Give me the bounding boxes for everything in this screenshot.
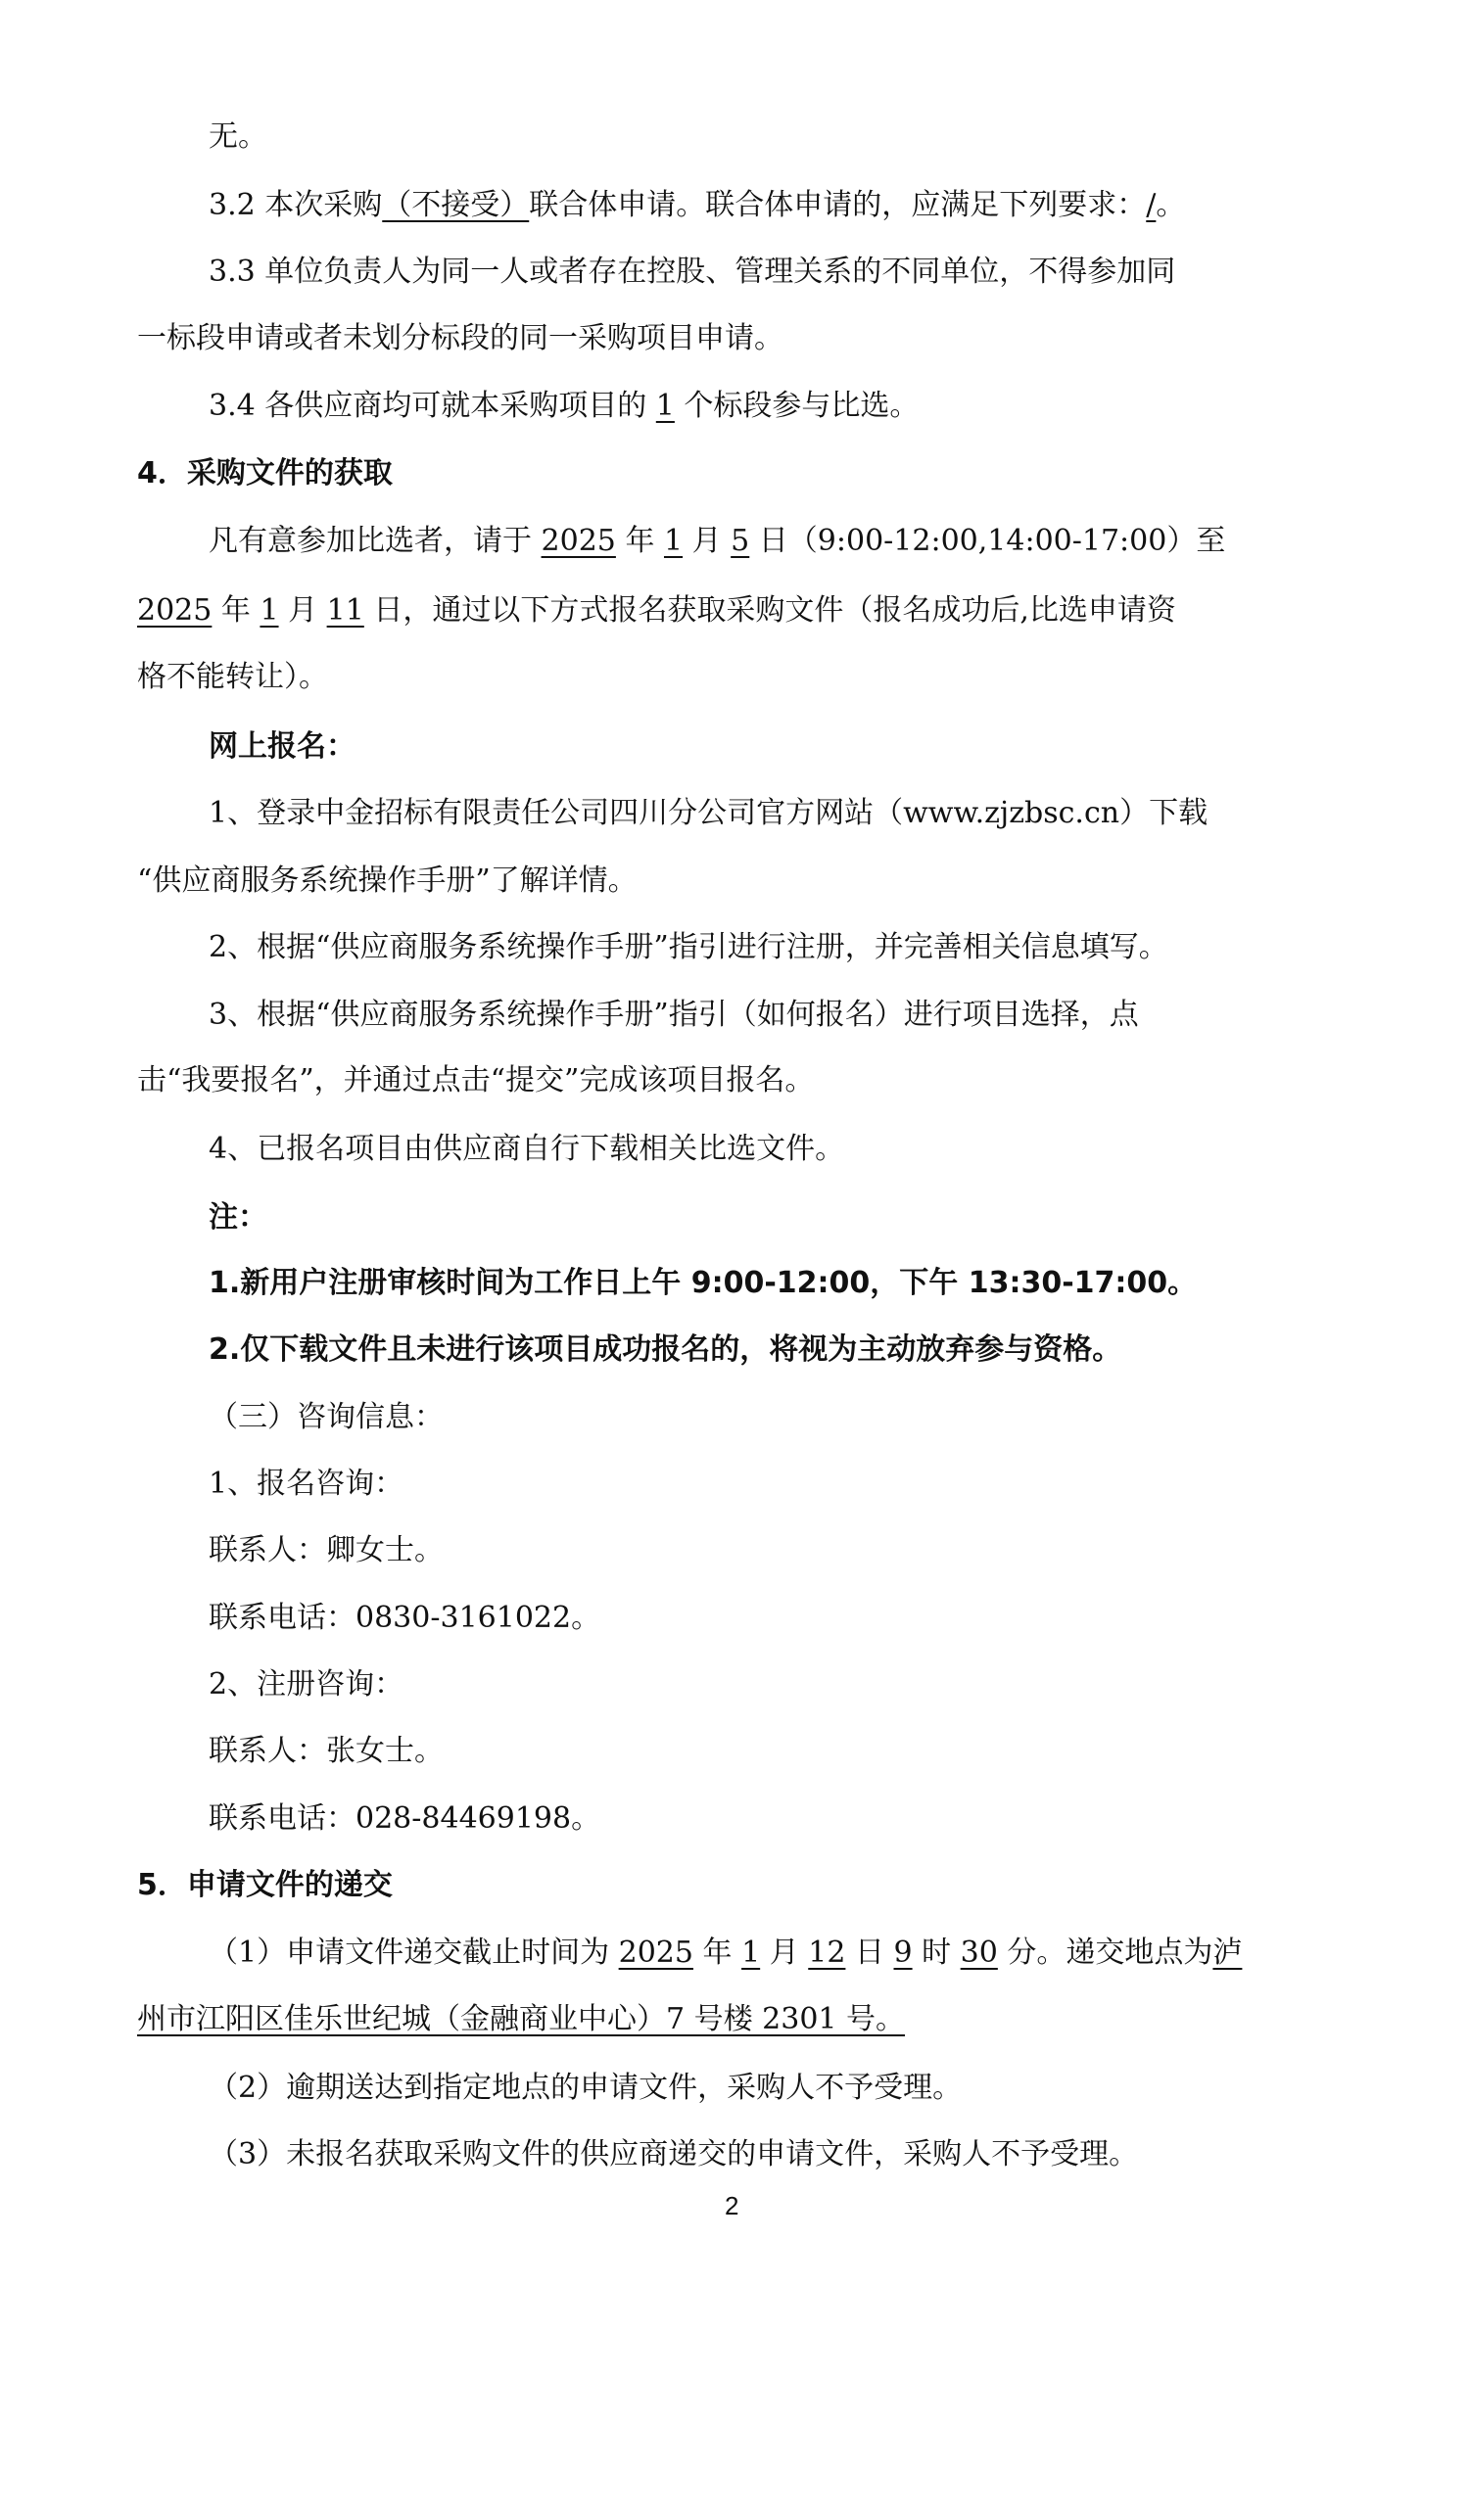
- text-line: 州市江阳区佳乐世纪城（金融商业中心）7 号楼 2301 号。: [137, 2000, 905, 2039]
- text-line: 联系电话：0830-3161022。: [209, 1599, 600, 1638]
- text-run: 1、报名咨询：: [209, 1467, 403, 1501]
- text-run: 年: [693, 1936, 741, 1970]
- text-run: 日（9:00-12:00,14:00-17:00）至: [749, 524, 1225, 558]
- underlined-field: （不接受）: [382, 188, 529, 222]
- text-run: 联系人：张女士。: [209, 1734, 444, 1768]
- text-line: 一标段申请或者未划分标段的同一采购项目申请。: [137, 319, 783, 358]
- underlined-field: 2025: [619, 1936, 693, 1970]
- underlined-field: 1: [260, 593, 278, 628]
- page-number: 2: [725, 2191, 738, 2221]
- text-run: （三）咨询信息：: [209, 1400, 444, 1434]
- text-run: 格不能转让）。: [137, 660, 328, 694]
- text-run: 无。: [209, 119, 267, 154]
- text-line: 3、根据“供应商服务系统操作手册”指引（如何报名）进行项目选择，点: [209, 996, 1139, 1035]
- heading-line: 网上报名：: [209, 727, 355, 767]
- text-line: 3.2 本次采购（不接受）联合体申请。联合体申请的，应满足下列要求：/。: [209, 186, 1185, 225]
- text-run: 4、已报名项目由供应商自行下载相关比选文件。: [209, 1132, 844, 1166]
- text-line: 3.3 单位负责人为同一人或者存在控股、管理关系的不同单位，不得参加同: [209, 253, 1175, 292]
- text-line: 无。: [209, 117, 267, 157]
- text-run: 1、登录中金招标有限责任公司四川分公司官方网站（www.zjzbsc.cn）下载: [209, 796, 1208, 830]
- text-run: （2）逾期送达到指定地点的申请文件，采购人不予受理。: [209, 2071, 962, 2105]
- text-run: 击“我要报名”，并通过点击“提交”完成该项目报名。: [137, 1063, 814, 1097]
- text-line: （3）未报名获取采购文件的供应商递交的申请文件，采购人不予受理。: [209, 2135, 1138, 2174]
- underlined-field: 12: [808, 1936, 845, 1970]
- text-run: 月: [279, 593, 327, 628]
- underlined-field: 30: [961, 1936, 998, 1970]
- underlined-field: 1: [664, 524, 683, 558]
- heading-line: 1.新用户注册审核时间为工作日上午 9:00-12:00，下午 13:30-17…: [209, 1264, 1197, 1303]
- underlined-field: 1: [656, 389, 675, 423]
- text-run: “供应商服务系统操作手册”了解详情。: [137, 863, 638, 898]
- text-run: 分。递交地点为: [998, 1936, 1213, 1970]
- underlined-field: 11: [327, 593, 364, 628]
- text-run: 3.3 单位负责人为同一人或者存在控股、管理关系的不同单位，不得参加同: [209, 255, 1175, 289]
- text-run: 2、根据“供应商服务系统操作手册”指引进行注册，并完善相关信息填写。: [209, 930, 1168, 964]
- text-line: 联系人：张女士。: [209, 1732, 444, 1771]
- text-line: 1、报名咨询：: [209, 1465, 403, 1504]
- text-run: 个标段参与比选。: [675, 389, 920, 423]
- text-run: 2、注册咨询：: [209, 1667, 403, 1702]
- text-run: 年: [212, 593, 260, 628]
- text-run: 联系人：卿女士。: [209, 1533, 444, 1567]
- text-run: 时: [913, 1936, 961, 1970]
- heading-line: 2.仅下载文件且未进行该项目成功报名的，将视为主动放弃参与资格。: [209, 1330, 1121, 1370]
- text-line: 凡有意参加比选者，请于 2025 年 1 月 5 日（9:00-12:00,14…: [209, 522, 1225, 561]
- text-run: 注：: [209, 1200, 267, 1235]
- text-line: 格不能转让）。: [137, 658, 328, 697]
- text-line: 联系人：卿女士。: [209, 1531, 444, 1570]
- text-line: （2）逾期送达到指定地点的申请文件，采购人不予受理。: [209, 2069, 962, 2108]
- text-run: 3.2 本次采购: [209, 188, 382, 222]
- text-line: 4、已报名项目由供应商自行下载相关比选文件。: [209, 1130, 844, 1169]
- text-line: 2、根据“供应商服务系统操作手册”指引进行注册，并完善相关信息填写。: [209, 928, 1168, 967]
- text-run: （3）未报名获取采购文件的供应商递交的申请文件，采购人不予受理。: [209, 2137, 1138, 2171]
- underlined-field: 2025: [137, 593, 212, 628]
- text-run: 年: [616, 524, 664, 558]
- text-run: 5．申请文件的递交: [137, 1868, 393, 1902]
- underlined-field: 泸: [1212, 1936, 1242, 1970]
- text-run: 3.4 各供应商均可就本采购项目的: [209, 389, 656, 423]
- underlined-field: 9: [894, 1936, 913, 1970]
- text-run: 凡有意参加比选者，请于: [209, 524, 542, 558]
- text-run: （1）申请文件递交截止时间为: [209, 1936, 619, 1970]
- underlined-field: 1: [741, 1936, 760, 1970]
- text-run: 3、根据“供应商服务系统操作手册”指引（如何报名）进行项目选择，点: [209, 998, 1139, 1032]
- underlined-field: /: [1146, 188, 1156, 222]
- text-line: 2025 年 1 月 11 日，通过以下方式报名获取采购文件（报名成功后,比选申…: [137, 591, 1176, 630]
- text-line: 3.4 各供应商均可就本采购项目的 1 个标段参与比选。: [209, 387, 919, 426]
- text-run: 一标段申请或者未划分标段的同一采购项目申请。: [137, 321, 783, 355]
- text-line: 1、登录中金招标有限责任公司四川分公司官方网站（www.zjzbsc.cn）下载: [209, 794, 1208, 833]
- text-line: 2、注册咨询：: [209, 1665, 403, 1704]
- text-run: 。: [1156, 188, 1185, 222]
- text-line: （三）咨询信息：: [209, 1398, 444, 1437]
- text-run: 4．采购文件的获取: [137, 456, 393, 490]
- text-run: 月: [760, 1936, 808, 1970]
- text-run: 联系电话：028-84469198。: [209, 1801, 600, 1836]
- text-run: 月: [683, 524, 731, 558]
- text-line: 击“我要报名”，并通过点击“提交”完成该项目报名。: [137, 1061, 814, 1100]
- text-line: 联系电话：028-84469198。: [209, 1799, 600, 1839]
- text-line: （1）申请文件递交截止时间为 2025 年 1 月 12 日 9 时 30 分。…: [209, 1934, 1242, 1973]
- heading-line: 注：: [209, 1198, 267, 1237]
- text-line: “供应商服务系统操作手册”了解详情。: [137, 862, 638, 901]
- text-run: 网上报名：: [209, 729, 355, 764]
- text-run: 联合体申请。联合体申请的，应满足下列要求：: [529, 188, 1146, 222]
- underlined-field: 州市江阳区佳乐世纪城（金融商业中心）7 号楼 2301 号。: [137, 2002, 905, 2036]
- underlined-field: 2025: [542, 524, 616, 558]
- heading-line: 5．申请文件的递交: [137, 1866, 393, 1905]
- text-run: 日: [845, 1936, 893, 1970]
- heading-line: 4．采购文件的获取: [137, 454, 393, 493]
- text-run: 1.新用户注册审核时间为工作日上午 9:00-12:00，下午 13:30-17…: [209, 1266, 1197, 1300]
- text-run: 联系电话：0830-3161022。: [209, 1601, 600, 1635]
- underlined-field: 5: [731, 524, 749, 558]
- text-run: 2.仅下载文件且未进行该项目成功报名的，将视为主动放弃参与资格。: [209, 1332, 1121, 1367]
- text-run: 日，通过以下方式报名获取采购文件（报名成功后,比选申请资: [364, 593, 1176, 628]
